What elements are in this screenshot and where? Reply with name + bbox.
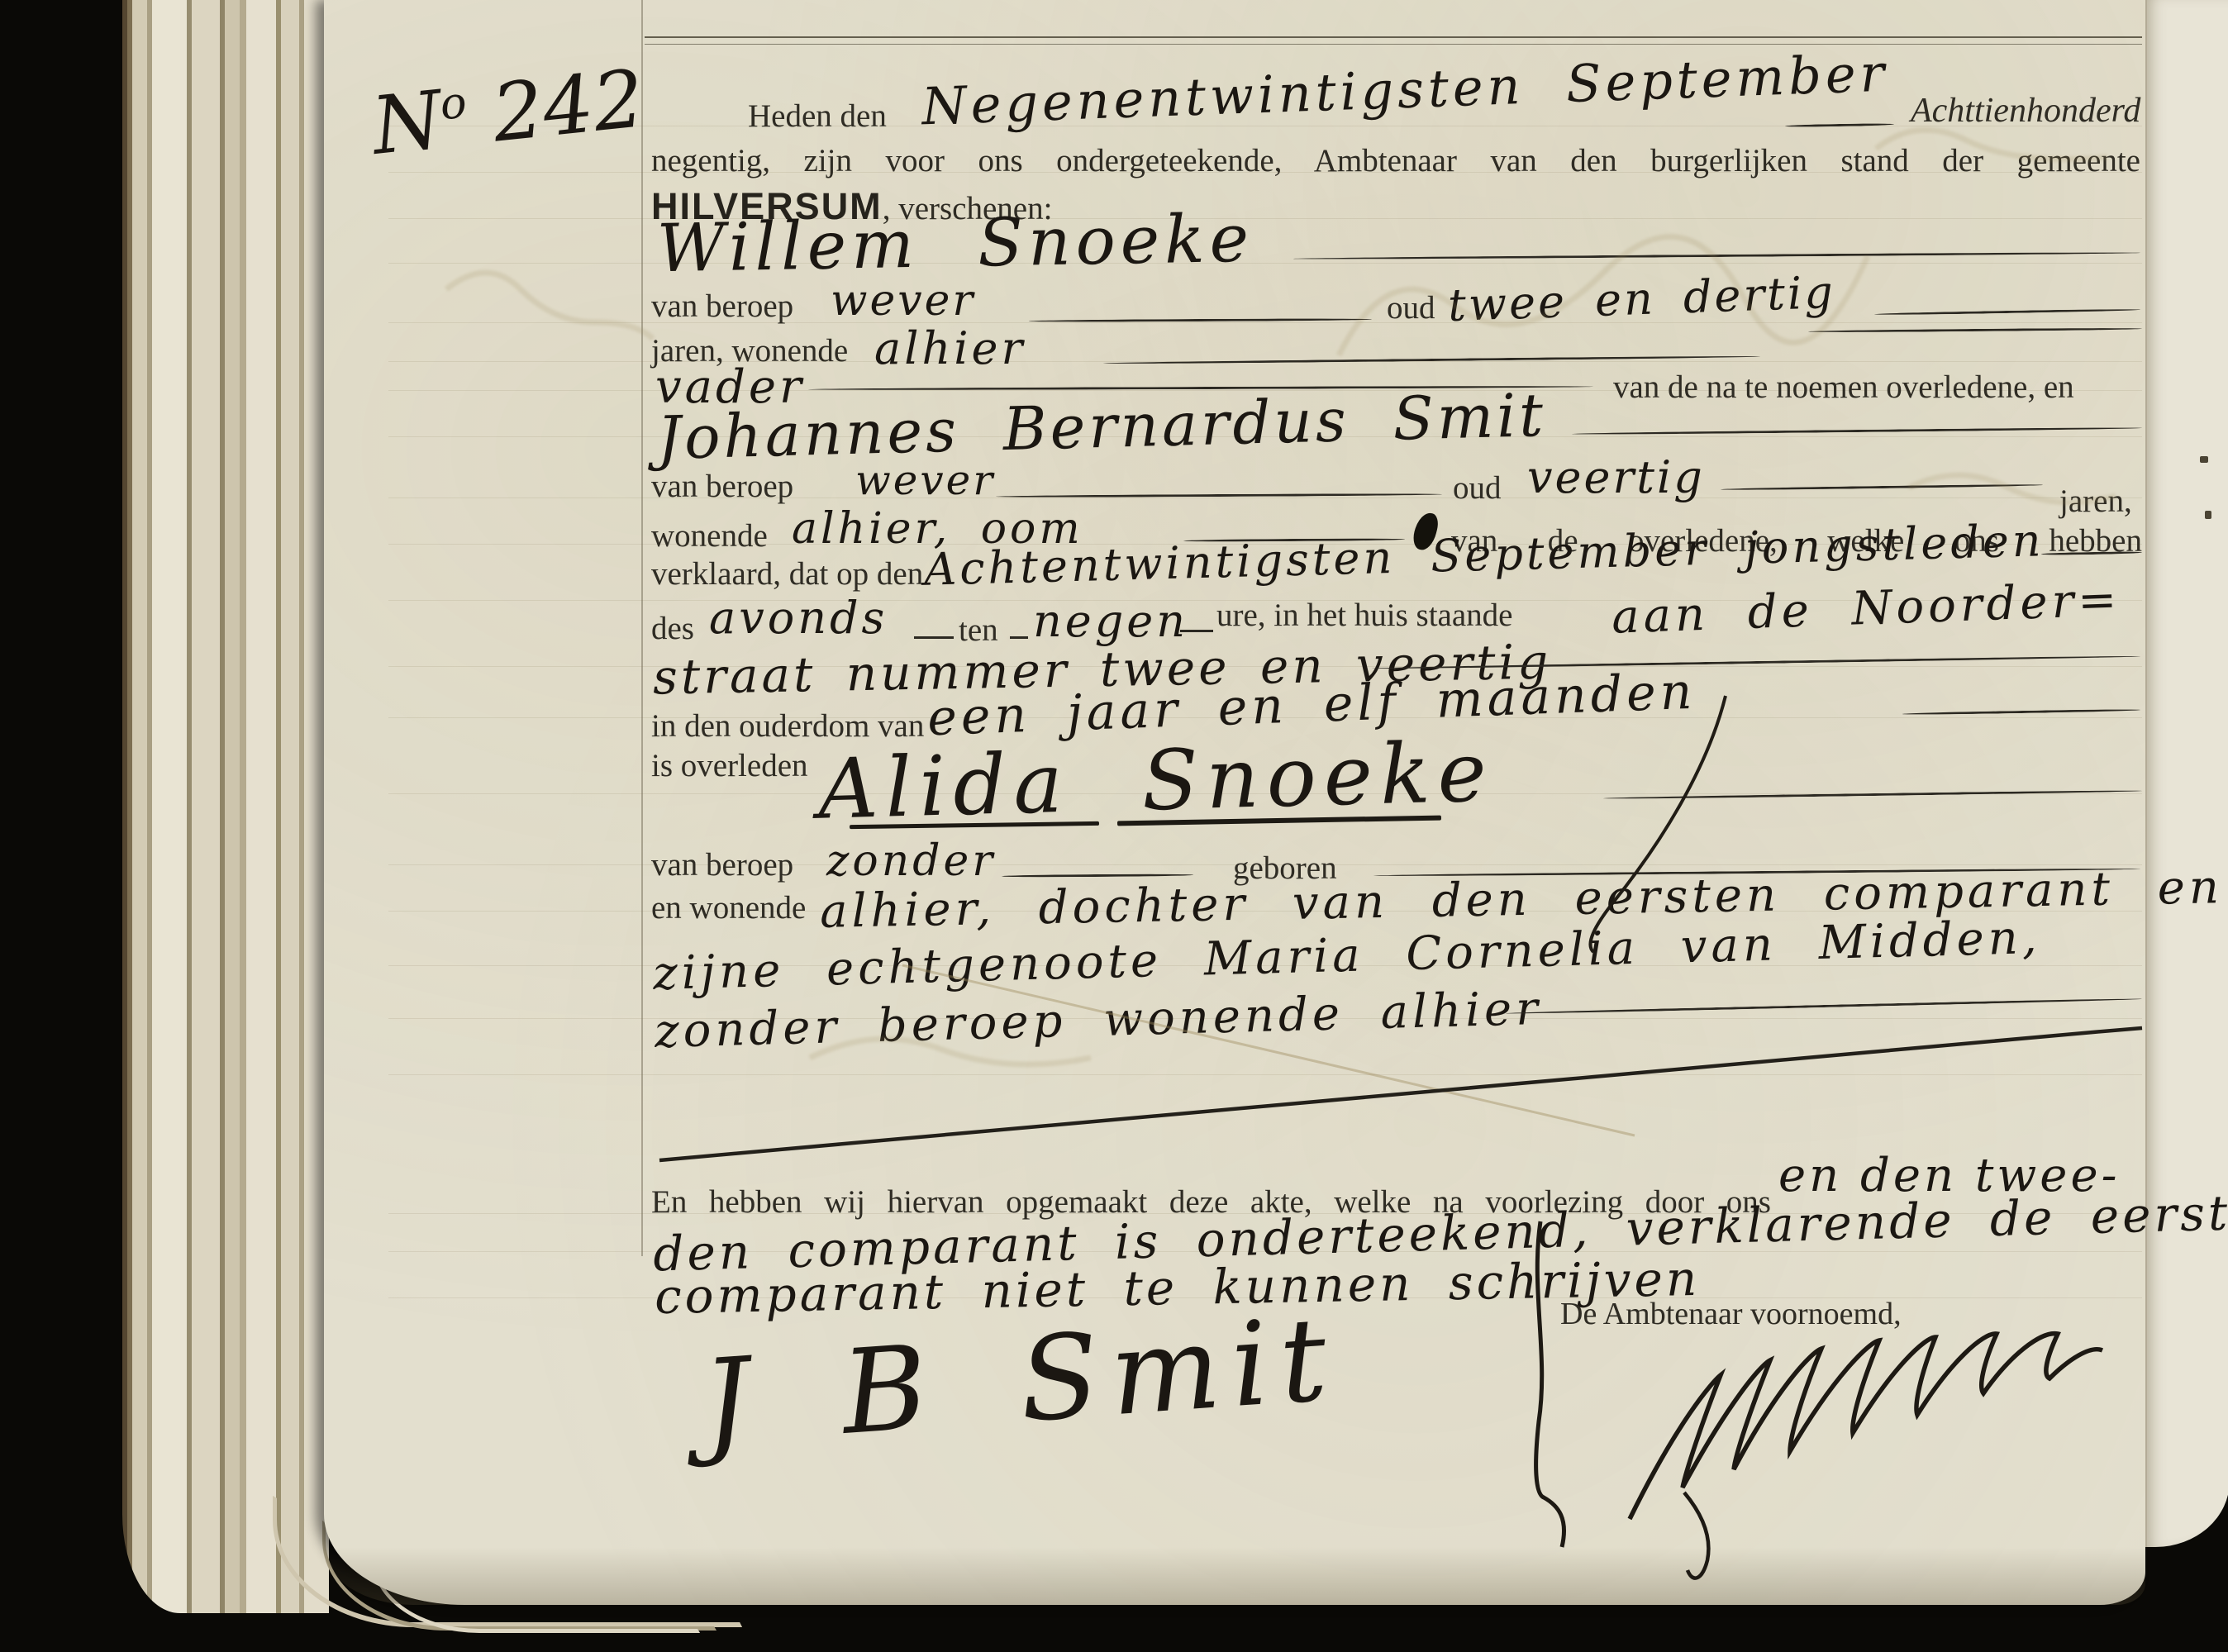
en-wonende-label: en wonende [651, 889, 806, 926]
dash [1010, 636, 1028, 639]
line2-printed: negentig, zijn voor ons ondergeteekende,… [651, 142, 2140, 179]
beroep1-label: van beroep [651, 288, 793, 325]
jaren2-label: jaren, [2059, 483, 2132, 520]
wonende2-label: wonende [651, 517, 768, 555]
top-rule [645, 44, 2142, 45]
comparant1-name: Willem Snoeke [656, 200, 1254, 288]
dagdeel-handwritten: avonds [709, 592, 888, 644]
dash [914, 636, 954, 639]
comparant1-beroep: wever [831, 276, 975, 326]
comparant2-beroep: wever [855, 456, 995, 504]
uur-handwritten: negen [1033, 595, 1188, 647]
act-number-sup: o [437, 77, 469, 130]
is-overleden-label: is overleden [651, 747, 808, 784]
act-number-value: 242 [488, 52, 649, 160]
death-certificate-scan: No 242 Heden den Negenentwintigsten Sept… [0, 0, 2228, 1652]
beroep2-label: van beroep [651, 468, 793, 505]
ure-label: ure, in het huis staande [1216, 597, 1512, 634]
verklaard-label: verklaard, dat op den [651, 555, 923, 593]
ink-speck [2200, 456, 2208, 463]
des-label: des [651, 610, 694, 647]
guide-line [388, 1074, 2142, 1075]
beroep3-label: van beroep [651, 846, 793, 883]
guide-line [388, 263, 2142, 264]
book-page-stack-edge [122, 0, 329, 1613]
comparant2-age: veertig [1527, 451, 1705, 503]
top-rule [645, 36, 2142, 38]
official-label: De Ambtenaar voornoemd, [1560, 1296, 1902, 1332]
heden-den-label: Heden den [748, 98, 887, 135]
dash [1180, 630, 1213, 632]
act-number-prefix: N [368, 74, 446, 173]
adjacent-page-edge [2145, 0, 2228, 1547]
guide-line [388, 126, 2142, 126]
comparant1-residence: alhier [874, 322, 1026, 374]
margin-rule [641, 0, 643, 1256]
oud2-label: oud [1453, 469, 1502, 507]
oud1-label: oud [1387, 289, 1435, 326]
achttienhonderd-label: Achttienhonderd [1911, 91, 2140, 131]
ink-speck [2205, 511, 2211, 519]
relation1-suffix: van de na te noemen overledene, en [1613, 369, 2074, 406]
deceased-beroep-handwritten: zonder [826, 836, 996, 886]
